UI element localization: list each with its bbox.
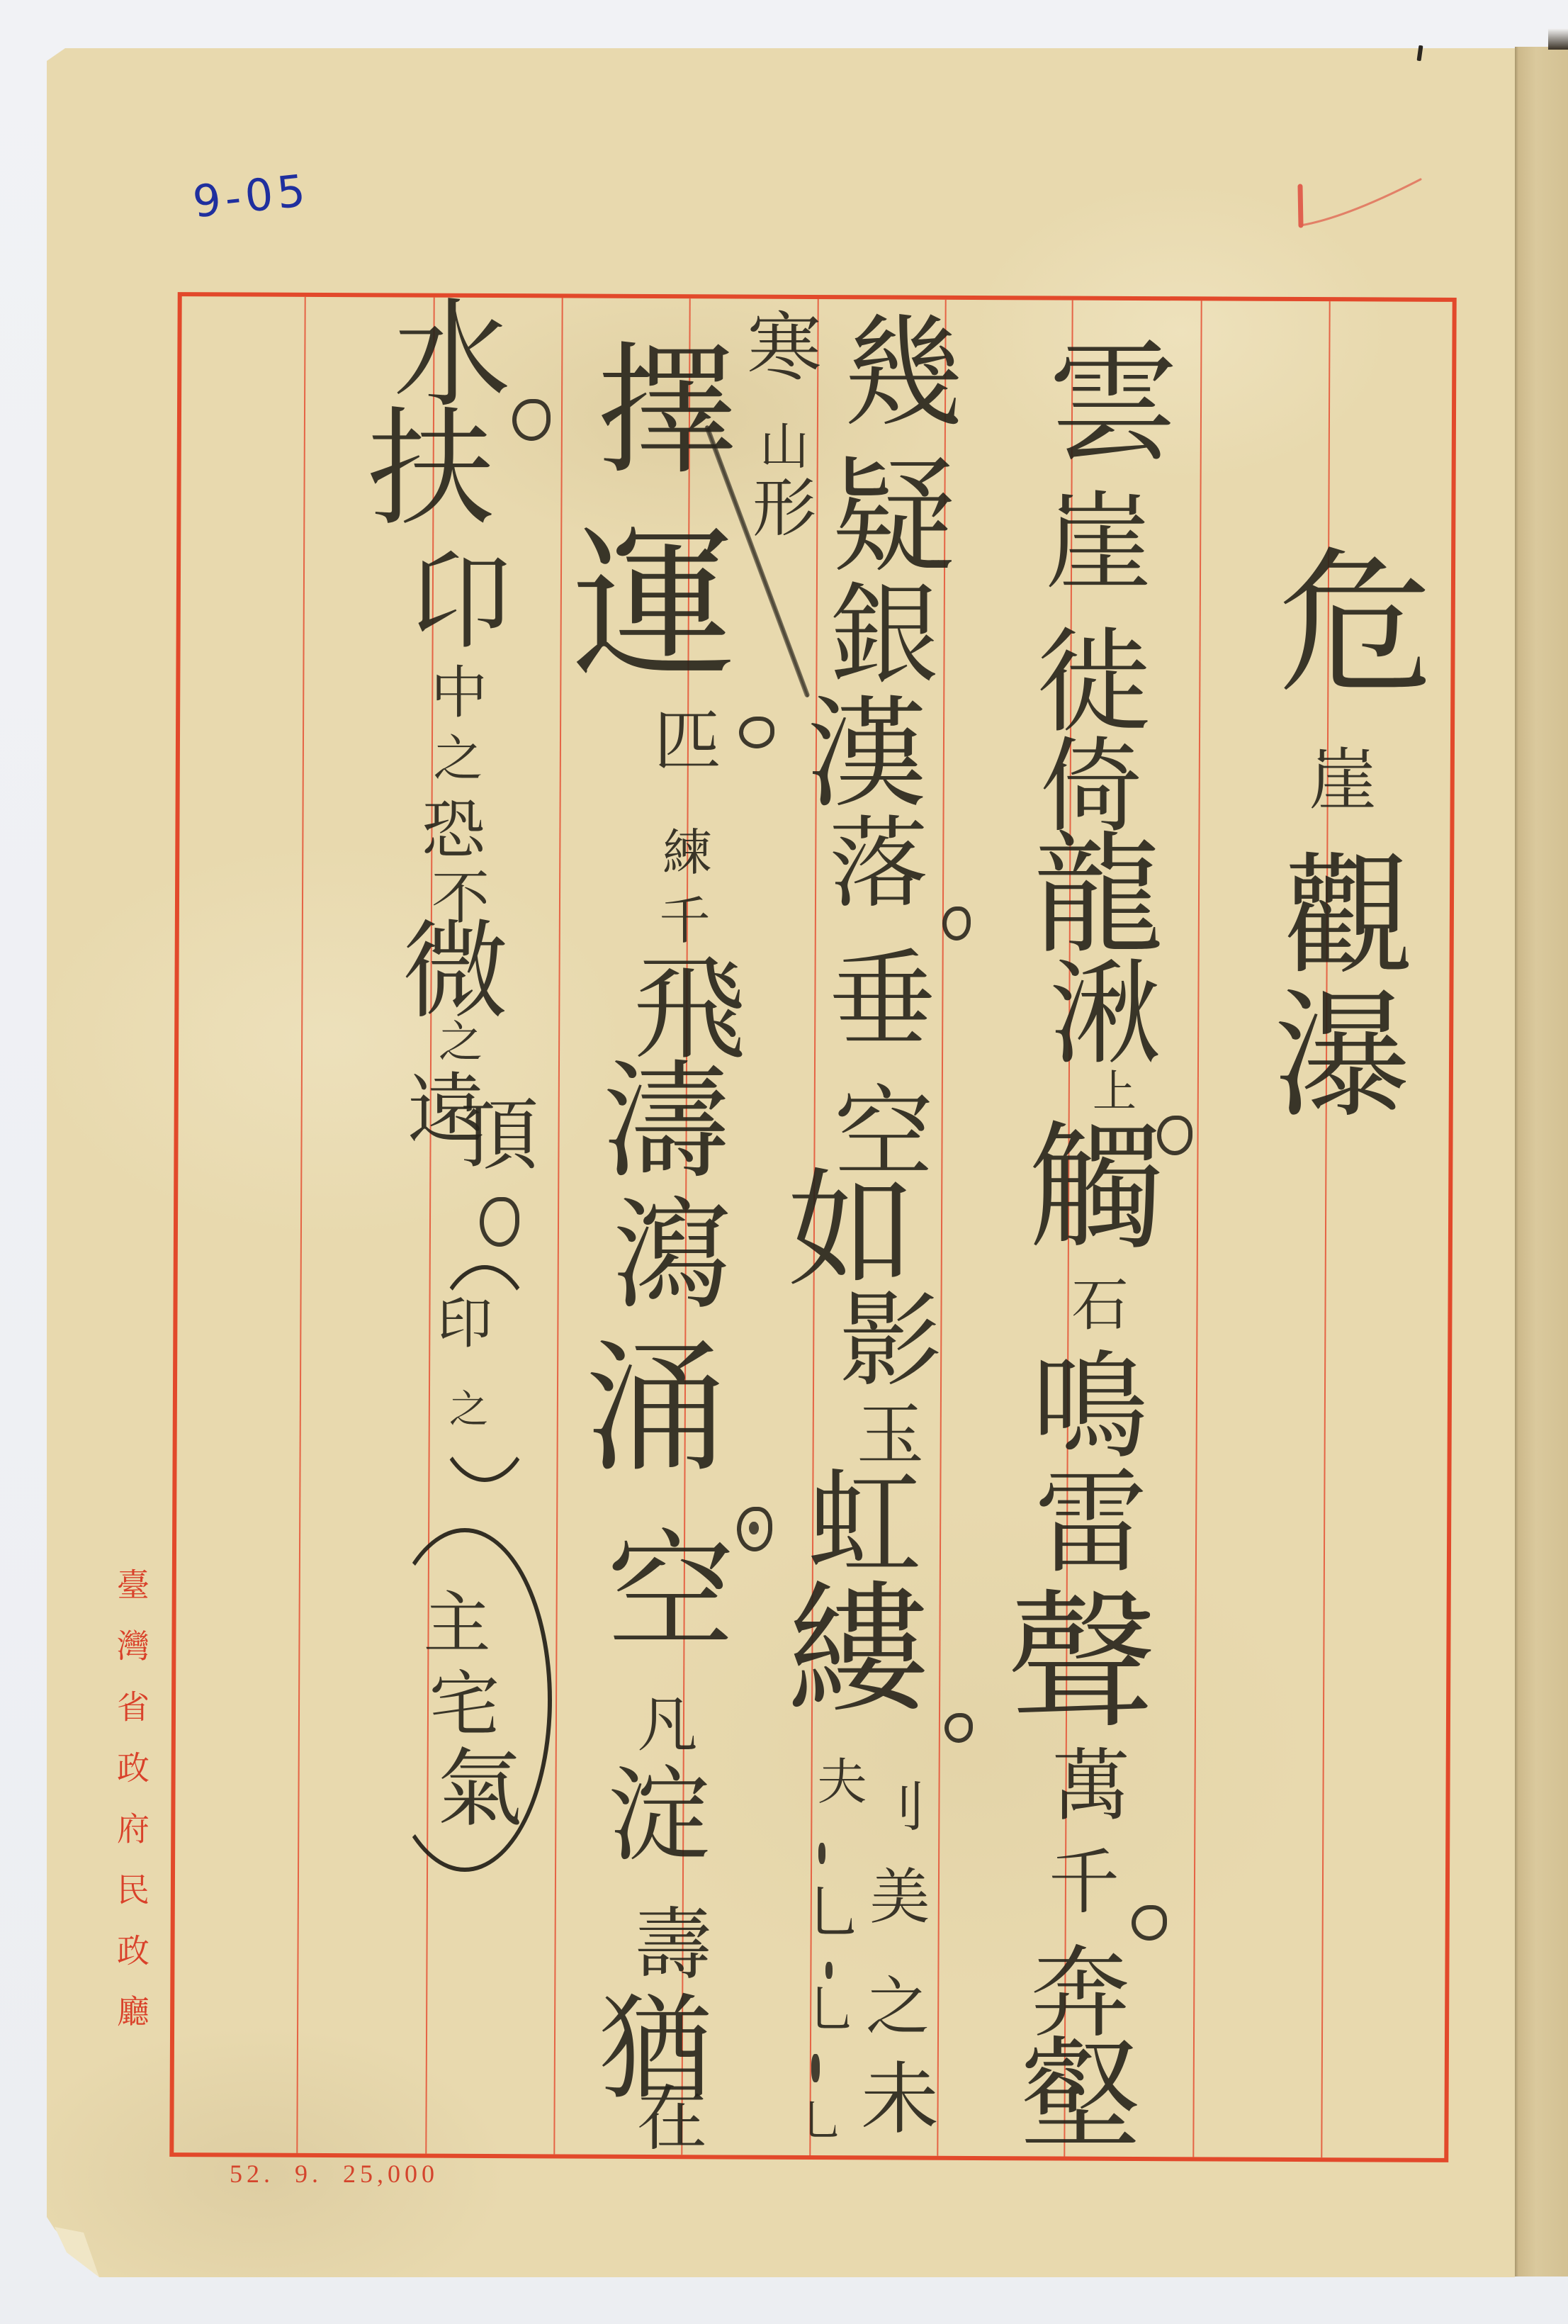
calligraphy-char: 淀 (607, 1760, 711, 1873)
calligraphy-char: 萬 (1056, 1739, 1127, 1833)
ditto-mark: 乚 (810, 1872, 857, 1953)
calligraphy-char: 練 (668, 812, 706, 893)
calligraphy-char: 匹 (661, 694, 714, 789)
note-char: 美 (875, 1837, 925, 1958)
calligraphy-char: 宅 (432, 1664, 497, 1744)
note-char: 未 (864, 2052, 935, 2147)
calligraphy-char: 湫 (1034, 958, 1176, 1070)
calligraphy-char: 氣 (437, 1744, 522, 1835)
calligraphy-char: 壑 (1027, 2022, 1134, 2168)
calligraphy-char: 鳴 (1025, 1351, 1155, 1464)
calligraphy-char: 如 (772, 1174, 930, 1288)
calligraphy-char: 龍 (1025, 831, 1171, 959)
calligraphy-char: 石 (1073, 1274, 1127, 1337)
calligraphy-char: 主 (427, 1584, 487, 1664)
calligraphy-char: 崖 (1056, 475, 1141, 610)
calligraphy-char: 雷 (1042, 1459, 1141, 1587)
calligraphy-char: 山 (756, 425, 813, 468)
calligraphy-char: 頂 (471, 1075, 528, 1196)
calligraphy-char: 崖 (1318, 724, 1367, 838)
calligraphy-char: 凡 (643, 1683, 692, 1768)
calligraphy-char: 聲 (992, 1588, 1171, 1738)
calligraphy-char: 疑 (836, 450, 952, 585)
letterhead-issuer: 臺灣省政府民政廳 (113, 1568, 149, 2055)
punctuation-circle (1132, 1905, 1167, 1941)
calligraphy-char: 千 (1056, 1833, 1112, 1932)
calligraphy-char: 觀 (1277, 848, 1419, 984)
calligraphy-char: 瀉 (616, 1184, 728, 1328)
ditto-dot (825, 1962, 833, 1979)
calligraphy-char: 雲 (1051, 332, 1176, 475)
calligraphy-char: 恐 (418, 799, 489, 862)
note-char: 夫 (822, 1730, 862, 1833)
calligraphy-char: 空 (600, 1525, 742, 1660)
punctuation-circle (739, 717, 774, 748)
calligraphy-char: 涌 (584, 1319, 728, 1500)
punctuation-circle-dotted (737, 1507, 772, 1551)
note-char: 刂 (879, 1778, 921, 1837)
calligraphy-char: 印 (440, 1292, 490, 1355)
calligraphy-char: 觸 (1030, 1111, 1164, 1265)
ditto-dot (818, 1843, 825, 1864)
punctuation-circle (944, 1713, 973, 1743)
calligraphy-char: 卬 (411, 534, 508, 670)
check-mark-icon (1290, 174, 1431, 237)
calligraphy-char: 銀 (829, 581, 940, 690)
calligraphy-char: 垂 (845, 935, 919, 1066)
calligraphy-char: 扶 (356, 405, 505, 534)
punctuation-circle (512, 399, 551, 441)
ditto-dot (811, 2054, 820, 2082)
calligraphy-char: 縷 (772, 1576, 944, 1726)
calligraphy-char: 徙 (1032, 628, 1155, 737)
calligraphy-char: 影 (841, 1288, 940, 1394)
calligraphy-char: 擇 (607, 301, 728, 522)
calligraphy-char: 幾 (855, 296, 952, 450)
calligraphy-char: 之 (441, 722, 475, 795)
binding-shadow (1548, 28, 1568, 50)
ditto-mark: 乚 (813, 1979, 850, 2039)
punctuation-circle (480, 1197, 519, 1247)
ditto-mark: 乚 (808, 2095, 836, 2147)
calligraphy-char: 濤 (599, 1057, 733, 1188)
calligraphy-char: 危 (1282, 529, 1429, 719)
calligraphy-char: 虹 (791, 1471, 937, 1577)
punctuation-circle (942, 906, 971, 941)
calligraphy-char: 落 (829, 815, 928, 914)
calligraphy-char: 瀑 (1275, 979, 1410, 1133)
calligraphy-char: 漢 (801, 695, 933, 815)
grid-rule (1192, 301, 1202, 2157)
calligraphy-char: 在 (638, 2080, 706, 2157)
calligraphy-char: 之 (450, 1391, 487, 1427)
calligraphy-char: 運 (541, 522, 767, 690)
calligraphy-char: 千 (661, 893, 709, 948)
print-code: 52. 9. 25,000 (230, 2159, 439, 2189)
calligraphy-char: 寒 (756, 279, 813, 418)
calligraphy-char: 中 (434, 659, 484, 727)
calligraphy-char: 微 (399, 919, 512, 1023)
note-char: 之 (869, 1962, 926, 2052)
binding-strip (1515, 47, 1568, 2277)
grid-rule (296, 297, 305, 2153)
